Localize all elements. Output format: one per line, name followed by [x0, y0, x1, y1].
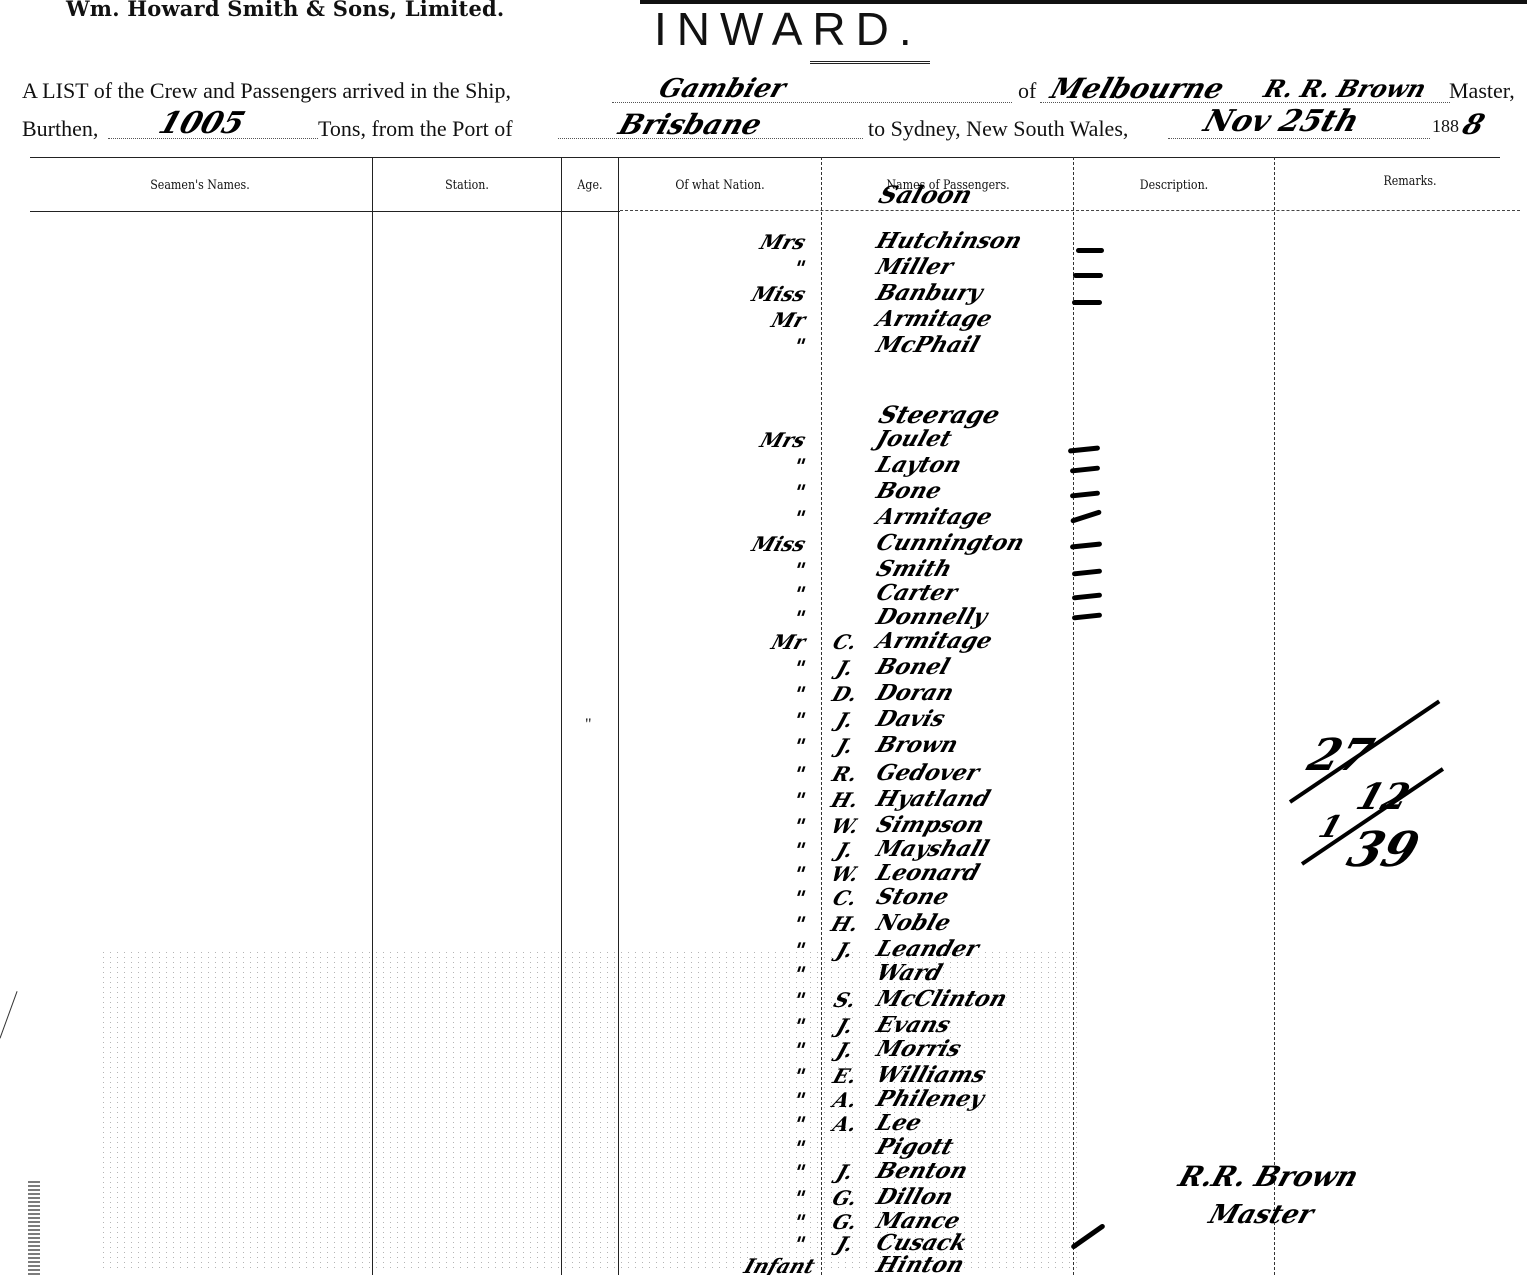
passenger-row: "A.Lee — [741, 1112, 924, 1136]
passenger-row: "Pigott — [741, 1136, 956, 1160]
passenger-row: "Ward — [741, 962, 945, 986]
tally-mark — [1070, 490, 1100, 498]
passenger-row: MrArmitage — [741, 308, 995, 332]
passenger-row: MissBanbury — [741, 282, 985, 306]
tally-mark — [1070, 465, 1100, 473]
tally-mark — [1076, 248, 1104, 253]
saloon-heading: Saloon — [875, 180, 976, 209]
date-field: Nov 25th — [1199, 104, 1363, 139]
passenger-row: "J.Benton — [741, 1160, 970, 1184]
passenger-row: InfantHinton — [741, 1254, 967, 1275]
tally-mark — [1070, 509, 1102, 524]
table-header-bottom-rule — [30, 211, 620, 212]
passenger-row: "Donnelly — [741, 606, 990, 630]
passenger-row: "W.Simpson — [741, 814, 987, 838]
column-header-remarks: Remarks. — [1317, 174, 1504, 189]
to-sydney-label: to Sydney, New South Wales, — [868, 116, 1128, 142]
master-signature: R.R. Brown — [1175, 1160, 1363, 1193]
passenger-row: "Bone — [741, 480, 944, 504]
form-line-1-prefix: A LIST of the Crew and Passengers arrive… — [22, 78, 511, 104]
steerage-heading: Steerage — [875, 400, 1004, 429]
master-field: R. R. Brown — [1260, 74, 1430, 103]
passenger-row: MrsHutchinson — [741, 230, 1025, 254]
passenger-row: "S.McClinton — [741, 988, 1010, 1012]
burthen-field: 1005 — [154, 106, 249, 141]
tally-mark — [1072, 592, 1102, 600]
passenger-row: "E.Williams — [741, 1064, 988, 1088]
age-ditto-mark: " — [585, 716, 592, 734]
tally-mark — [1073, 273, 1103, 278]
passenger-row: MrsJoulet — [741, 428, 954, 452]
passenger-row: MissCunnington — [741, 532, 1027, 556]
tally-mark — [1072, 612, 1102, 620]
passenger-row: "J.Brown — [741, 734, 961, 758]
tally-mark — [1070, 541, 1102, 549]
column-header-nation: Of what Nation. — [635, 178, 805, 193]
passenger-row: "McPhail — [741, 334, 982, 358]
table-header-bottom-rule-right — [620, 210, 1520, 211]
column-header-seamens-names: Seamen's Names. — [64, 178, 336, 193]
passenger-row: "J.Evans — [741, 1014, 953, 1038]
binding-edge — [28, 1180, 40, 1275]
passenger-row: "Layton — [741, 454, 964, 478]
passenger-row: "Carter — [741, 582, 960, 606]
master-label: Master, — [1449, 78, 1515, 104]
remarks-prefix: 1 — [1314, 810, 1346, 845]
passenger-row: "D.Doran — [741, 682, 956, 706]
year-prefix: 188 — [1432, 116, 1459, 137]
passenger-row: "J.Davis — [741, 708, 948, 732]
column-header-description: Description. — [1090, 178, 1258, 193]
column-divider-remarks — [1274, 157, 1275, 1275]
burthen-label: Burthen, — [22, 116, 98, 142]
passenger-row: "C.Stone — [741, 886, 952, 910]
title-rule — [810, 61, 930, 64]
of-label: of — [1018, 78, 1036, 104]
document-title: INWARD. — [654, 2, 922, 56]
year-suffix: 8 — [1459, 108, 1489, 141]
passenger-row: "J.Bonel — [741, 656, 952, 680]
ship-name-field: Gambier — [655, 74, 790, 104]
passenger-row: "J.Mayshall — [741, 838, 992, 862]
passenger-row: "G.Dillon — [741, 1186, 956, 1210]
passenger-row: "H.Noble — [741, 912, 953, 936]
tons-label: Tons, from the Port of — [318, 116, 513, 142]
company-name: Wm. Howard Smith & Sons, Limited. — [66, 0, 504, 21]
port-field: Brisbane — [615, 108, 766, 141]
passenger-row: "H.Hyatland — [741, 788, 993, 812]
passenger-row: "J.Leander — [741, 938, 981, 962]
column-header-station: Station. — [388, 178, 546, 193]
column-header-age: Age. — [566, 178, 614, 193]
passenger-row: "Armitage — [741, 506, 995, 530]
of-field: Melbourne — [1047, 72, 1229, 105]
remarks-day: 27 — [1302, 730, 1380, 781]
table-top-rule — [30, 157, 1500, 158]
passenger-row: "A.Phileney — [741, 1088, 987, 1112]
master-role: Master — [1205, 1200, 1317, 1230]
passenger-row: "Smith — [741, 558, 954, 582]
passenger-row: "W.Leonard — [741, 862, 982, 886]
passenger-row: "R.Gedover — [741, 762, 982, 786]
remarks-date-annotation: 27 12 1 39 — [1290, 730, 1470, 900]
passenger-row: "Miller — [741, 256, 956, 280]
tally-mark — [1072, 300, 1102, 305]
margin-mark — [0, 991, 18, 1039]
passenger-row: "J.Morris — [741, 1038, 964, 1062]
tally-mark — [1072, 568, 1102, 576]
passenger-row: MrC.Armitage — [741, 630, 995, 654]
